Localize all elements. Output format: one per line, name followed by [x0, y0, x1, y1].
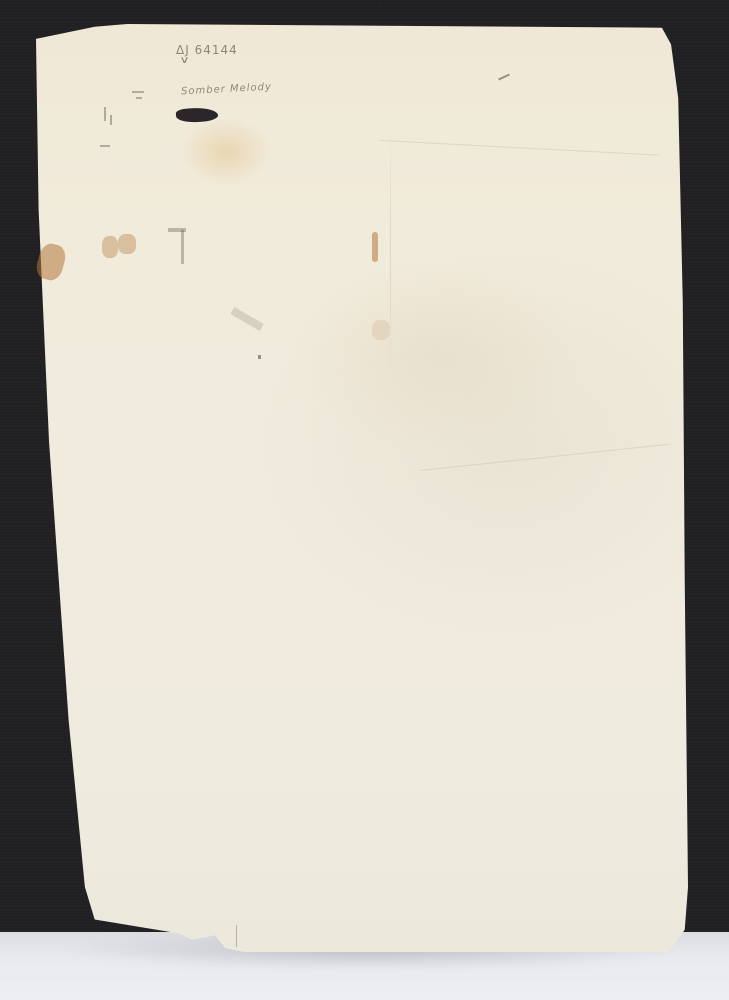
- stain-t-mark: [181, 230, 184, 264]
- stain-faint: [372, 320, 390, 340]
- stain-right: [372, 232, 378, 262]
- stain-blob: [102, 236, 118, 258]
- faint-pencil-marks: [96, 85, 156, 165]
- fold-line: [390, 120, 391, 380]
- tear-bottom-edge: [236, 925, 237, 947]
- stain-blob: [118, 234, 136, 254]
- caret-mark: ∨: [179, 55, 191, 66]
- dot-mark: [258, 355, 261, 359]
